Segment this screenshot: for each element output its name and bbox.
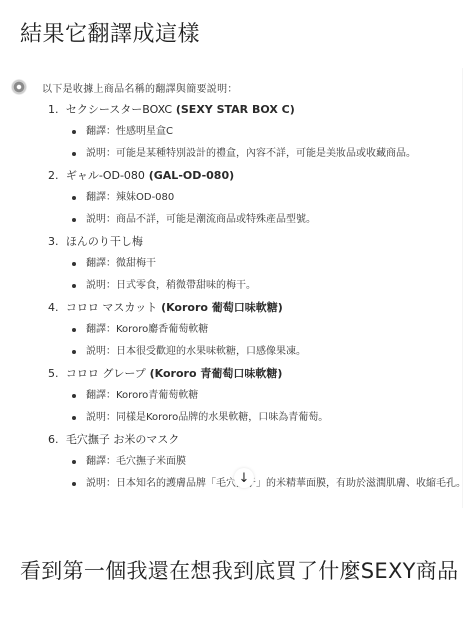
product-name: コロロ マスカット [66, 301, 157, 314]
product-heading: 4. コロロ マスカット (Kororo 葡萄口味軟糖) [48, 297, 458, 319]
translation-label: 翻譯： [86, 126, 116, 137]
list-item: 3. ほんのり干し梅 翻譯：微甜梅干 説明：日式零食，稍微帶甜味的梅干。 [48, 231, 458, 297]
explanation-label: 説明： [86, 214, 116, 225]
bullet-icon [72, 350, 76, 354]
translation-line: 翻譯：性感明星盒C [68, 121, 458, 143]
translation-label: 翻譯： [86, 258, 116, 269]
list-item: 1. セクシースターBOXC (SEXY STAR BOX C) 翻譯：性感明星… [48, 99, 458, 165]
translation-label: 翻譯： [86, 192, 116, 203]
item-number: 1. [48, 99, 62, 121]
assistant-intro: 以下是收據上商品名稱的翻譯與簡要説明： [42, 80, 238, 95]
product-name: コロロ グレープ [66, 367, 146, 380]
explanation-text: 商品不詳，可能是潮流商品或特殊產品型號。 [116, 214, 316, 225]
product-name: 毛穴撫子 お米のマスク [66, 433, 180, 446]
post-title: 結果它翻譯成這樣 [20, 20, 200, 50]
item-number: 5. [48, 363, 62, 385]
translation-line: 翻譯：微甜梅干 [68, 253, 458, 275]
translation-text: 微甜梅干 [116, 258, 156, 269]
assistant-logo-icon [11, 79, 27, 95]
explanation-text: 日式零食，稍微帶甜味的梅干。 [116, 280, 256, 291]
explanation-label: 説明： [86, 280, 116, 291]
translation-line: 翻譯：Kororo麝香葡萄軟糖 [68, 319, 458, 341]
bullet-icon [72, 284, 76, 288]
bullet-icon [72, 152, 76, 156]
bullet-icon [72, 196, 76, 200]
product-heading: 3. ほんのり干し梅 [48, 231, 458, 253]
explanation-label: 説明： [86, 346, 116, 357]
item-number: 3. [48, 231, 62, 253]
explanation-line: 説明：商品不詳，可能是潮流商品或特殊產品型號。 [68, 209, 458, 231]
explanation-line: 説明：同樣是Kororo品牌的水果軟糖，口味為青葡萄。 [68, 407, 458, 429]
item-number: 2. [48, 165, 62, 187]
list-item: 4. コロロ マスカット (Kororo 葡萄口味軟糖) 翻譯：Kororo麝香… [48, 297, 458, 363]
product-name: ほんのり干し梅 [66, 235, 143, 248]
translation-label: 翻譯： [86, 456, 116, 467]
translation-text: Kororo青葡萄軟糖 [116, 390, 198, 401]
translation-text: Kororo麝香葡萄軟糖 [116, 324, 208, 335]
bullet-icon [72, 394, 76, 398]
product-gloss: (SEXY STAR BOX C) [172, 103, 295, 116]
bullet-icon [72, 460, 76, 464]
explanation-label: 説明： [86, 478, 116, 489]
translation-label: 翻譯： [86, 390, 116, 401]
product-heading: 6. 毛穴撫子 お米のマスク [48, 429, 458, 451]
detail-list: 翻譯：性感明星盒C 説明：可能是某種特別設計的禮盒，內容不詳，可能是美妝品或收藏… [48, 121, 458, 165]
translation-text: 毛穴撫子米面膜 [116, 456, 186, 467]
list-item: 5. コロロ グレープ (Kororo 青葡萄口味軟糖) 翻譯：Kororo青葡… [48, 363, 458, 429]
product-heading: 5. コロロ グレープ (Kororo 青葡萄口味軟糖) [48, 363, 458, 385]
product-gloss: (GAL-OD-080) [145, 169, 234, 182]
explanation-line: 説明：日式零食，稍微帶甜味的梅干。 [68, 275, 458, 297]
explanation-line: 説明：日本知名的護膚品牌「毛穴撫子」的米精華面膜，有助於滋潤肌膚、收縮毛孔。 [68, 473, 458, 495]
post-comment: 看到第一個我還在想我到底買了什麼SEXY商品 [20, 553, 460, 589]
translation-label: 翻譯： [86, 324, 116, 335]
detail-list: 翻譯：Kororo麝香葡萄軟糖 説明：日本很受歡迎的水果味軟糖，口感像果凍。 [48, 319, 458, 363]
product-gloss: (Kororo 葡萄口味軟糖) [157, 301, 283, 314]
translation-text: 辣妹OD-080 [116, 192, 174, 203]
item-number: 6. [48, 429, 62, 451]
bullet-icon [72, 328, 76, 332]
explanation-text: 同樣是Kororo品牌的水果軟糖，口味為青葡萄。 [116, 412, 328, 423]
detail-list: 翻譯：Kororo青葡萄軟糖 説明：同樣是Kororo品牌的水果軟糖，口味為青葡… [48, 385, 458, 429]
translation-line: 翻譯：辣妹OD-080 [68, 187, 458, 209]
product-list: 1. セクシースターBOXC (SEXY STAR BOX C) 翻譯：性感明星… [48, 99, 458, 495]
explanation-label: 説明： [86, 412, 116, 423]
scroll-down-button[interactable]: ↓ [234, 468, 254, 488]
explanation-line: 説明：可能是某種特別設計的禮盒，內容不詳，可能是美妝品或收藏商品。 [68, 143, 458, 165]
product-heading: 2. ギャル-OD-080 (GAL-OD-080) [48, 165, 458, 187]
explanation-label: 説明： [86, 148, 116, 159]
detail-list: 翻譯：辣妹OD-080 説明：商品不詳，可能是潮流商品或特殊產品型號。 [48, 187, 458, 231]
translation-line: 翻譯：毛穴撫子米面膜 [68, 451, 458, 473]
arrow-down-icon: ↓ [239, 471, 250, 486]
item-number: 4. [48, 297, 62, 319]
detail-list: 翻譯：微甜梅干 説明：日式零食，稍微帶甜味的梅干。 [48, 253, 458, 297]
list-item: 6. 毛穴撫子 お米のマスク 翻譯：毛穴撫子米面膜 説明：日本知名的護膚品牌「毛… [48, 429, 458, 495]
explanation-line: 説明：日本很受歡迎的水果味軟糖，口感像果凍。 [68, 341, 458, 363]
list-item: 2. ギャル-OD-080 (GAL-OD-080) 翻譯：辣妹OD-080 説… [48, 165, 458, 231]
product-name: セクシースターBOXC [66, 103, 172, 116]
translation-text: 性感明星盒C [116, 126, 173, 137]
bullet-icon [72, 482, 76, 486]
chat-screenshot: 以下是收據上商品名稱的翻譯與簡要説明： 1. セクシースターBOXC (SEXY… [0, 68, 463, 508]
product-heading: 1. セクシースターBOXC (SEXY STAR BOX C) [48, 99, 458, 121]
bullet-icon [72, 130, 76, 134]
explanation-text: 日本知名的護膚品牌「毛穴撫子」的米精華面膜，有助於滋潤肌膚、收縮毛孔。 [116, 478, 466, 489]
bullet-icon [72, 262, 76, 266]
translation-line: 翻譯：Kororo青葡萄軟糖 [68, 385, 458, 407]
explanation-text: 日本很受歡迎的水果味軟糖，口感像果凍。 [116, 346, 306, 357]
bullet-icon [72, 416, 76, 420]
explanation-text: 可能是某種特別設計的禮盒，內容不詳，可能是美妝品或收藏商品。 [116, 148, 416, 159]
product-gloss: (Kororo 青葡萄口味軟糖) [146, 367, 283, 380]
bullet-icon [72, 218, 76, 222]
product-name: ギャル-OD-080 [66, 169, 145, 182]
